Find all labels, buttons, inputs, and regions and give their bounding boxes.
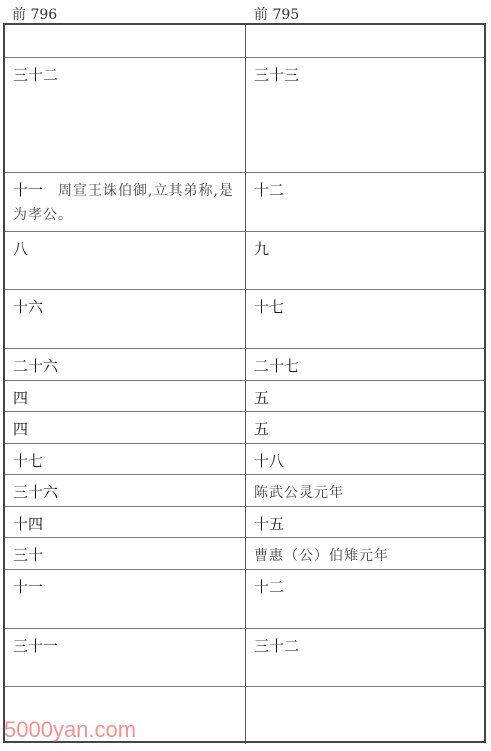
column-header-right-year: 前 795 [254,4,299,24]
table-row: 二十六二十七 [5,348,484,381]
table-cell-left: 四 [5,412,245,444]
year-number: 三十二 [254,637,299,655]
table-cell-right: 曹惠（公）伯雉元年 [245,538,484,570]
table-cell-right: 五 [245,381,484,412]
year-number: 五 [254,389,269,407]
table-cell-right: 三十二 [245,629,484,687]
table-cell-right: 五 [245,412,484,444]
year-number: 十七 [13,452,43,470]
year-number: 九 [254,240,269,258]
event-note: 曹惠（公）伯雉元年 [254,548,389,564]
table-cell-left: 十七 [5,444,245,475]
year-number: 三十一 [13,637,58,655]
table-row: 十四十五 [5,506,484,538]
column-header-left-year: 前 796 [12,4,57,24]
table-cell-left: 三十二 [5,58,245,173]
table-cell-left: 十四 [5,507,245,538]
event-note: 周宣王诛伯御,立其弟称,是为孝公。 [13,183,234,223]
table-cell-left: 三十一 [5,629,245,687]
year-number: 十六 [13,298,43,316]
year-number: 三十二 [13,66,58,84]
year-number: 二十六 [13,357,58,375]
table-row: 八九 [5,231,484,290]
table-cell-right [245,25,484,57]
table-row: 十六十七 [5,289,484,349]
year-number: 八 [13,240,28,258]
table-row: 三十二三十三 [5,57,484,173]
year-number: 四 [13,420,28,438]
event-note: 陈武公灵元年 [254,485,344,501]
table-cell-left: 二十六 [5,349,245,381]
table-cell-right: 三十三 [245,58,484,173]
table-cell-right: 十八 [245,444,484,475]
table-cell-left: 四 [5,381,245,412]
table-cell-left: 十一 周宣王诛伯御,立其弟称,是为孝公。 [5,173,245,232]
year-number: 十七 [254,298,284,316]
table-cell-right: 九 [245,232,484,290]
year-number: 十五 [254,515,284,533]
table-row: 十一十二 [5,569,484,629]
table-row: 三十曹惠（公）伯雉元年 [5,537,484,570]
year-number: 五 [254,420,269,438]
table-cell-left: 三十六 [5,475,245,507]
table-row: 三十六陈武公灵元年 [5,474,484,507]
year-number: 三十六 [13,483,58,501]
table-row: 四五 [5,411,484,444]
year-number: 十二 [254,578,284,596]
table-cell-right: 十二 [245,570,484,629]
table-row: 十一 周宣王诛伯御,立其弟称,是为孝公。十二 [5,172,484,232]
table-row [5,25,484,57]
year-number: 十二 [254,181,284,199]
chronology-table: 三十二三十三十一 周宣王诛伯御,立其弟称,是为孝公。十二八九十六十七二十六二十七… [3,23,486,743]
table-cell-right: 陈武公灵元年 [245,475,484,507]
table-row: 十七十八 [5,443,484,475]
year-number: 十一 [13,578,43,596]
year-number: 十八 [254,452,284,470]
table-cell-right: 二十七 [245,349,484,381]
table-cell-right: 十七 [245,290,484,349]
table-cell-right [245,687,484,744]
table-cell-left: 八 [5,232,245,290]
table-cell-right: 十五 [245,507,484,538]
year-number: 四 [13,389,28,407]
watermark: 5000yan.com [4,717,136,743]
table-row: 三十一三十二 [5,628,484,687]
table-cell-left: 十六 [5,290,245,349]
year-number: 十一 [13,181,43,199]
table-cell-left [5,25,245,57]
year-number: 三十 [13,546,43,564]
table-cell-left: 十一 [5,570,245,629]
table-cell-right: 十二 [245,173,484,232]
table-cell-left: 三十 [5,538,245,570]
year-number: 二十七 [254,357,299,375]
year-number: 十四 [13,515,43,533]
table-row: 四五 [5,380,484,412]
year-number: 三十三 [254,66,299,84]
